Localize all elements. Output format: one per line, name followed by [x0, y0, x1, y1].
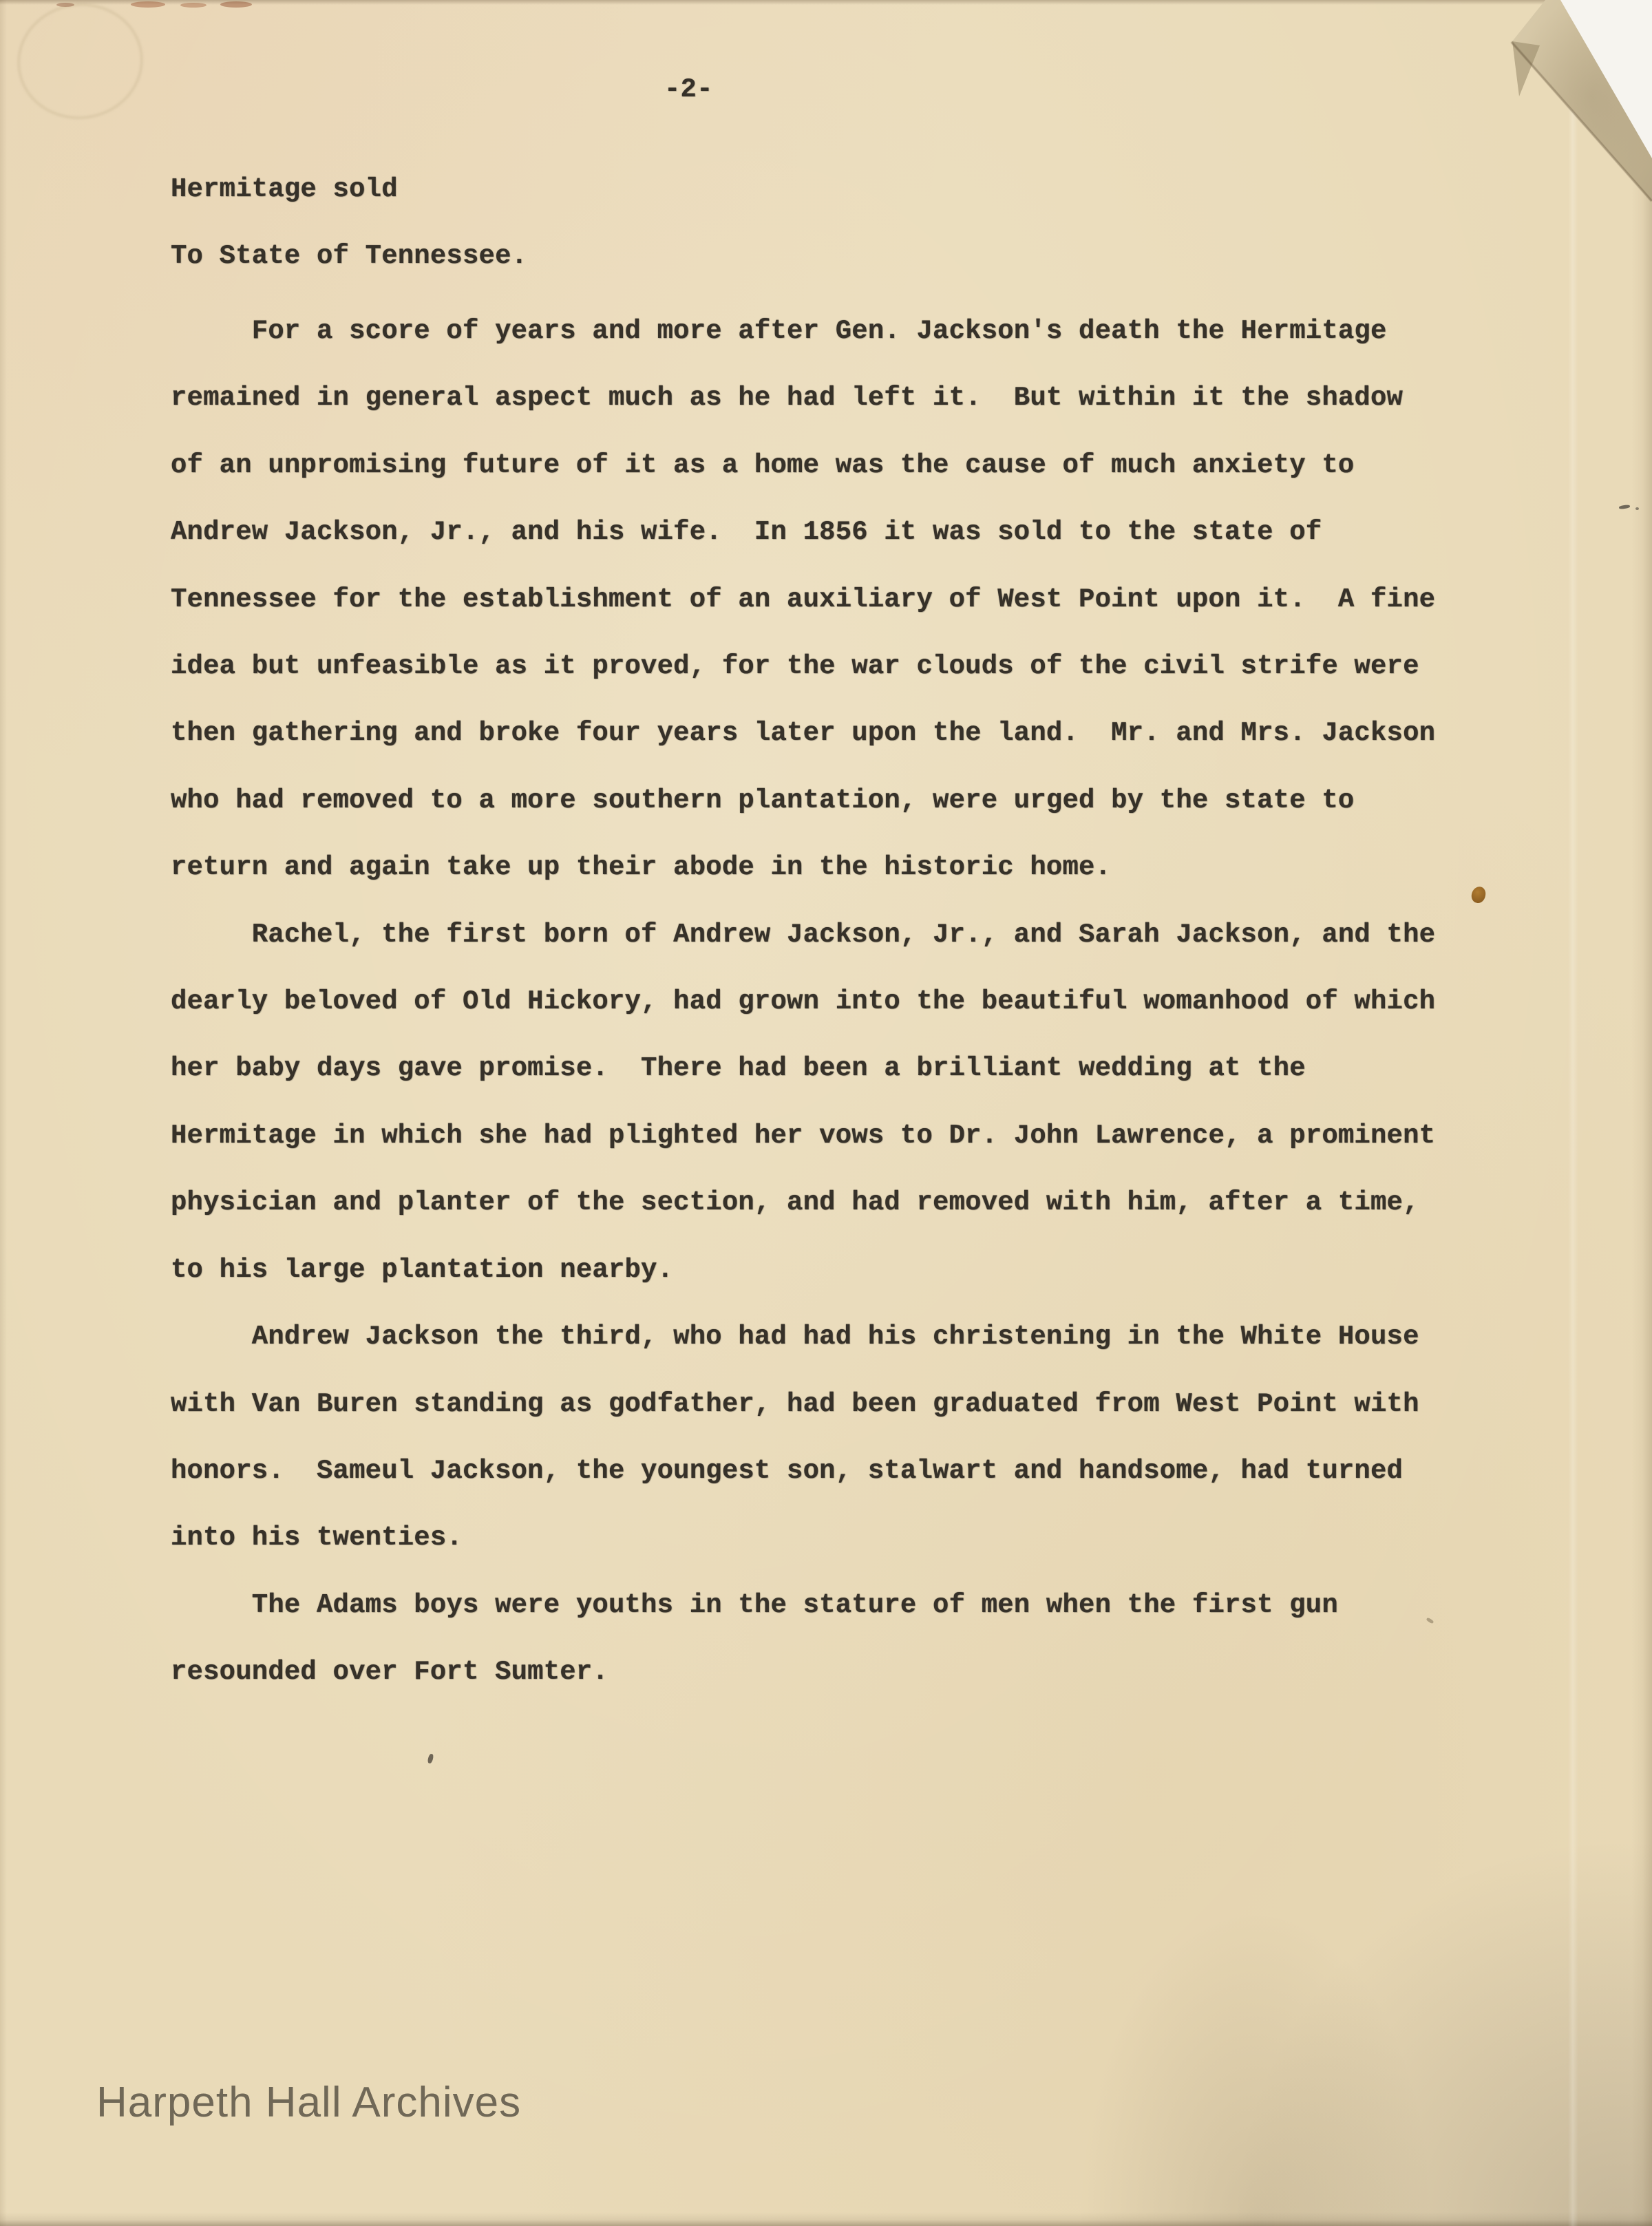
ink-speck: [1635, 507, 1639, 510]
body-text: For a score of years and more after Gen.…: [171, 298, 1479, 1706]
top-edge-stain: [131, 1, 165, 8]
page-number: -2-: [664, 56, 713, 123]
top-edge-stain: [220, 1, 252, 8]
section-heading: Hermitage sold To State of Tennessee.: [171, 156, 527, 290]
archive-watermark: Harpeth Hall Archives: [96, 2081, 521, 2124]
top-edge-stain: [56, 3, 74, 7]
scanned-document: -2- Hermitage sold To State of Tennessee…: [0, 0, 1652, 2226]
top-edge-stain: [180, 3, 206, 8]
